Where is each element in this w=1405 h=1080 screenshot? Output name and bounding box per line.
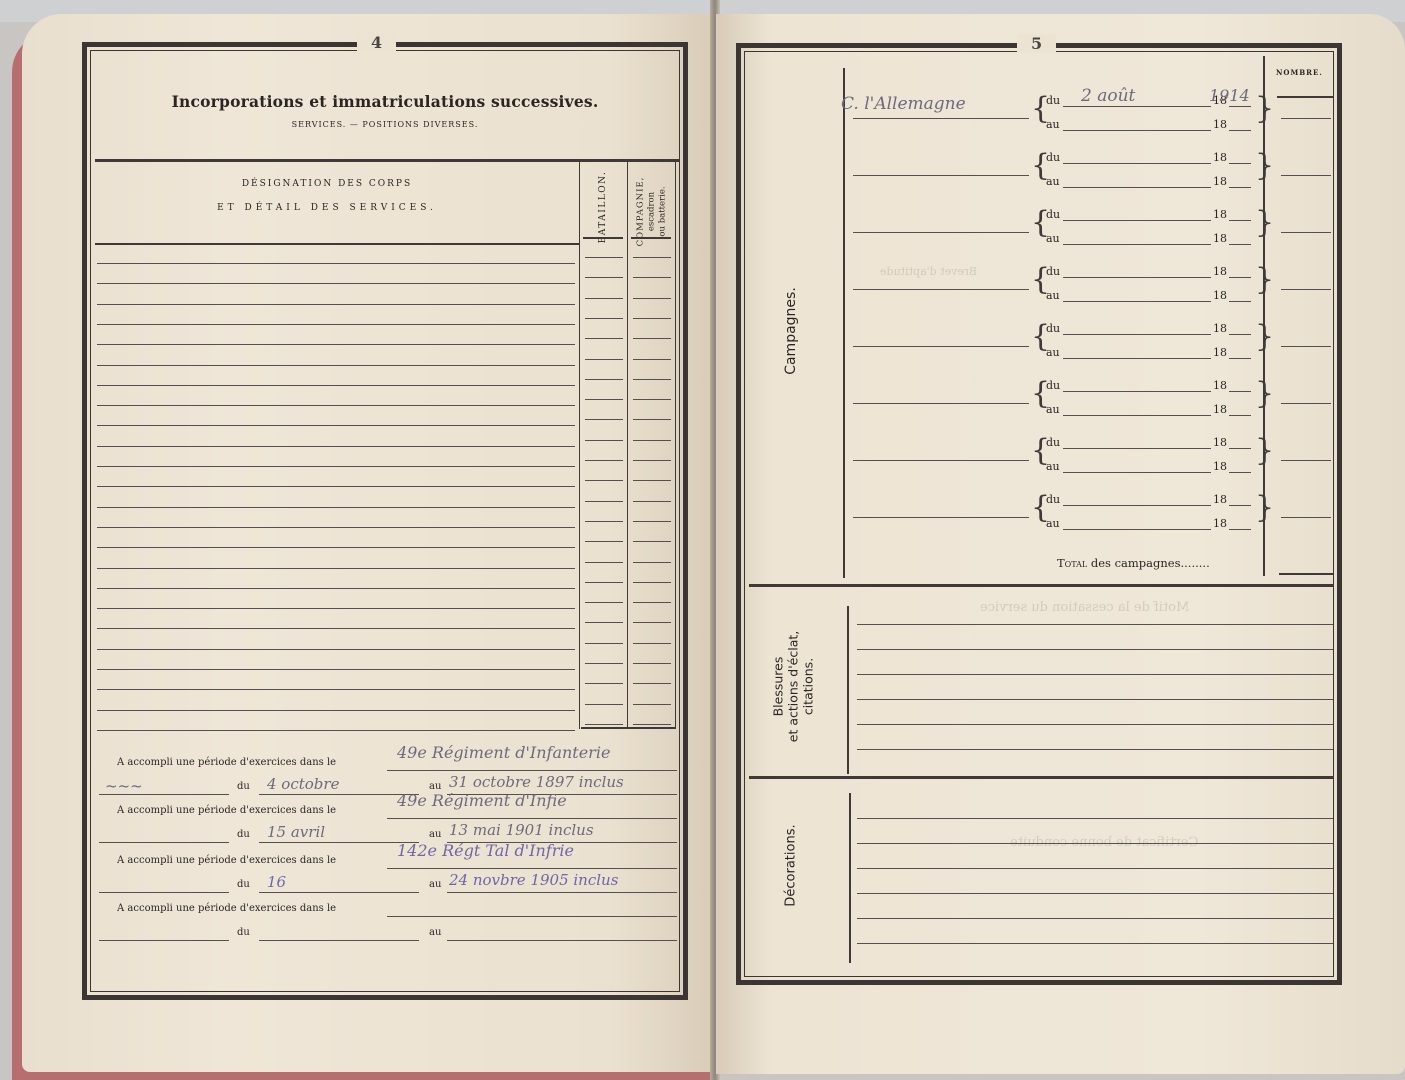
au-year-prefix: 18 bbox=[1213, 460, 1227, 473]
compagnie-line bbox=[633, 683, 671, 684]
left-brace: { bbox=[1031, 493, 1050, 523]
du-handwritten: 15 avril bbox=[267, 823, 325, 841]
au-year-line bbox=[1229, 529, 1251, 530]
blessures-line bbox=[857, 624, 1333, 625]
ruled-line bbox=[97, 547, 575, 548]
bataillon-line bbox=[585, 683, 623, 684]
blessures-label-line2: et actions d'éclat, bbox=[786, 607, 801, 767]
au-label: au bbox=[1046, 232, 1060, 245]
bataillon-line bbox=[585, 460, 623, 461]
au-label: au bbox=[429, 927, 441, 938]
compagnie-line bbox=[633, 298, 671, 299]
col-compagnie-line3: ou batterie. bbox=[658, 171, 669, 253]
compagnie-line bbox=[633, 643, 671, 644]
du-year-prefix: 18 bbox=[1213, 436, 1227, 449]
bataillon-line bbox=[585, 298, 623, 299]
decorations-line bbox=[857, 893, 1333, 894]
au-year-prefix: 18 bbox=[1213, 346, 1227, 359]
ruled-line bbox=[97, 507, 575, 508]
prefix-line bbox=[99, 794, 229, 795]
left-page-frame: 4 Incorporations et immatriculations suc… bbox=[82, 42, 688, 1000]
bataillon-line bbox=[585, 338, 623, 339]
ruled-line bbox=[97, 568, 575, 569]
blessures-label: Blessures et actions d'éclat, citations. bbox=[771, 607, 816, 767]
decorations-line bbox=[857, 943, 1333, 944]
right-brace: } bbox=[1255, 208, 1274, 238]
bataillon-line bbox=[585, 663, 623, 664]
bataillon-line bbox=[585, 277, 623, 278]
du-year-line bbox=[1229, 391, 1251, 392]
col-bataillon: BATAILLON. bbox=[598, 167, 608, 247]
col-divider-3 bbox=[675, 159, 676, 729]
bataillon-line bbox=[585, 480, 623, 481]
du-label: du bbox=[237, 879, 250, 890]
prefix-line bbox=[99, 940, 229, 941]
au-year-prefix: 18 bbox=[1213, 289, 1227, 302]
campaign-line bbox=[853, 517, 1029, 518]
au-year-prefix: 18 bbox=[1213, 232, 1227, 245]
au-year-prefix: 18 bbox=[1213, 175, 1227, 188]
au-handwritten: 31 octobre 1897 inclus bbox=[449, 773, 624, 791]
au-year-prefix: 18 bbox=[1213, 403, 1227, 416]
blessures-line bbox=[857, 749, 1333, 750]
unit-line bbox=[387, 770, 677, 771]
campaign-line bbox=[853, 118, 1029, 119]
ruled-line bbox=[97, 425, 575, 426]
du-line bbox=[259, 842, 419, 843]
du-label: du bbox=[237, 781, 250, 792]
du-line bbox=[1063, 277, 1211, 278]
au-line bbox=[1063, 415, 1211, 416]
au-label: au bbox=[1046, 175, 1060, 188]
prefix-line bbox=[99, 842, 229, 843]
ruled-line bbox=[97, 365, 575, 366]
au-line bbox=[1063, 529, 1211, 530]
campaign-line bbox=[853, 403, 1029, 404]
bataillon-line bbox=[585, 379, 623, 380]
du-year-line bbox=[1229, 277, 1251, 278]
nombre-line bbox=[1281, 517, 1331, 518]
left-page-title: Incorporations et immatriculations succe… bbox=[87, 92, 683, 111]
au-line bbox=[1063, 244, 1211, 245]
au-line bbox=[1063, 187, 1211, 188]
compagnie-line bbox=[633, 724, 671, 725]
compagnie-line bbox=[633, 419, 671, 420]
du-label: du bbox=[1046, 322, 1060, 335]
left-brace: { bbox=[1031, 94, 1050, 124]
ruled-line bbox=[97, 466, 575, 467]
unit-line bbox=[387, 818, 677, 819]
right-brace: } bbox=[1255, 436, 1274, 466]
au-line bbox=[1063, 358, 1211, 359]
ruled-line bbox=[97, 527, 575, 528]
col-designation-line2: ET DÉTAIL DES SERVICES. bbox=[177, 203, 477, 213]
col-designation-line1: DÉSIGNATION DES CORPS bbox=[177, 179, 477, 189]
au-label: au bbox=[1046, 346, 1060, 359]
au-label: au bbox=[429, 879, 441, 890]
du-label: du bbox=[1046, 265, 1060, 278]
total-label-rest: des campagnes........ bbox=[1087, 556, 1210, 570]
blessures-line bbox=[857, 674, 1333, 675]
compagnie-line bbox=[633, 277, 671, 278]
du-year-line bbox=[1229, 334, 1251, 335]
nombre-divider bbox=[1263, 56, 1265, 576]
au-year-line bbox=[1229, 130, 1251, 131]
campaign-line bbox=[853, 175, 1029, 176]
du-line bbox=[1063, 220, 1211, 221]
compagnie-line bbox=[633, 501, 671, 502]
unit-handwritten: 49e Régiment d'Infie bbox=[397, 791, 567, 810]
compagnie-line bbox=[633, 338, 671, 339]
total-campagnes: Total des campagnes........ bbox=[1057, 556, 1210, 570]
left-brace: { bbox=[1031, 208, 1050, 238]
du-line bbox=[1063, 448, 1211, 449]
exercise-label: A accompli une période d'exercices dans … bbox=[117, 805, 336, 816]
du-year-handwritten: 1914 bbox=[1209, 86, 1250, 105]
blessures-bottom-divider bbox=[749, 776, 1333, 779]
compagnie-line bbox=[633, 521, 671, 522]
au-year-prefix: 18 bbox=[1213, 517, 1227, 530]
du-label: du bbox=[1046, 94, 1060, 107]
du-year-prefix: 18 bbox=[1213, 94, 1227, 107]
bleed-through-text: Motif de la cessation du service bbox=[980, 600, 1189, 615]
du-label: du bbox=[1046, 493, 1060, 506]
nombre-line bbox=[1281, 289, 1331, 290]
ruled-line bbox=[97, 710, 575, 711]
exercise-label: A accompli une période d'exercices dans … bbox=[117, 903, 336, 914]
du-year-line bbox=[1229, 106, 1251, 107]
ruled-line bbox=[97, 304, 575, 305]
blessures-line bbox=[857, 699, 1333, 700]
unit-handwritten: 142e Régt Tal d'Infrie bbox=[397, 841, 574, 860]
campagnes-label-cell: Campagnes. bbox=[751, 58, 833, 573]
left-brace: { bbox=[1031, 151, 1050, 181]
du-label: du bbox=[237, 927, 250, 938]
ruled-line bbox=[97, 344, 575, 345]
au-label: au bbox=[429, 781, 441, 792]
du-label: du bbox=[1046, 208, 1060, 221]
au-label: au bbox=[1046, 517, 1060, 530]
au-line bbox=[447, 892, 677, 893]
right-brace: } bbox=[1255, 493, 1274, 523]
decorations-bracket bbox=[849, 793, 851, 963]
ruled-line bbox=[97, 588, 575, 589]
du-year-prefix: 18 bbox=[1213, 208, 1227, 221]
total-label: Total bbox=[1057, 556, 1087, 570]
compagnie-header-bottom bbox=[631, 237, 671, 239]
au-handwritten: 13 mai 1901 inclus bbox=[449, 821, 594, 839]
ruled-line bbox=[97, 385, 575, 386]
left-page-subtitle: SERVICES. — POSITIONS DIVERSES. bbox=[87, 120, 683, 129]
prefix-line bbox=[99, 892, 229, 893]
du-line bbox=[1063, 106, 1211, 107]
left-brace: { bbox=[1031, 379, 1050, 409]
compagnie-line bbox=[633, 318, 671, 319]
au-line bbox=[447, 940, 677, 941]
unit-line bbox=[387, 868, 677, 869]
du-handwritten: 16 bbox=[267, 873, 286, 891]
compagnie-line bbox=[633, 663, 671, 664]
bataillon-line bbox=[585, 419, 623, 420]
du-line bbox=[1063, 334, 1211, 335]
au-line bbox=[1063, 472, 1211, 473]
ruled-line bbox=[97, 446, 575, 447]
bataillon-line bbox=[585, 318, 623, 319]
nombre-line bbox=[1281, 403, 1331, 404]
compagnie-line bbox=[633, 622, 671, 623]
decorations-line bbox=[857, 918, 1333, 919]
bataillon-line bbox=[585, 257, 623, 258]
bataillon-line bbox=[585, 622, 623, 623]
campagnes-bottom-divider bbox=[749, 584, 1333, 587]
left-brace: { bbox=[1031, 322, 1050, 352]
du-line bbox=[1063, 163, 1211, 164]
unit-line bbox=[387, 916, 677, 917]
ruled-line bbox=[97, 608, 575, 609]
nombre-line bbox=[1281, 118, 1331, 119]
compagnie-line bbox=[633, 541, 671, 542]
campaign-line bbox=[853, 346, 1029, 347]
prefix-handwritten: ~~~ bbox=[105, 777, 143, 795]
ruled-line bbox=[97, 486, 575, 487]
compagnie-line bbox=[633, 562, 671, 563]
right-brace: } bbox=[1255, 322, 1274, 352]
compagnie-line bbox=[633, 257, 671, 258]
du-year-line bbox=[1229, 448, 1251, 449]
du-line bbox=[1063, 505, 1211, 506]
au-label: au bbox=[1046, 289, 1060, 302]
bataillon-header-bottom bbox=[583, 237, 623, 239]
nombre-line bbox=[1281, 232, 1331, 233]
du-line bbox=[259, 892, 419, 893]
compagnie-line bbox=[633, 359, 671, 360]
compagnie-line bbox=[633, 460, 671, 461]
col-compagnie-line1: COMPAGNIE, bbox=[636, 171, 647, 253]
ruled-line bbox=[97, 283, 575, 284]
left-brace: { bbox=[1031, 265, 1050, 295]
unit-handwritten: 49e Régiment d'Infanterie bbox=[397, 743, 610, 762]
bleed-through-text: Brevet d'aptitude bbox=[880, 265, 977, 278]
bataillon-line bbox=[585, 399, 623, 400]
ruled-line bbox=[97, 649, 575, 650]
ruled-line bbox=[97, 669, 575, 670]
au-label: au bbox=[1046, 460, 1060, 473]
right-brace: } bbox=[1255, 151, 1274, 181]
campaign-line bbox=[853, 232, 1029, 233]
au-year-line bbox=[1229, 472, 1251, 473]
compagnie-line bbox=[633, 704, 671, 705]
page-number-right: 5 bbox=[1017, 34, 1056, 53]
bataillon-line bbox=[585, 582, 623, 583]
compagnie-line bbox=[633, 399, 671, 400]
bataillon-line bbox=[585, 643, 623, 644]
du-year-prefix: 18 bbox=[1213, 322, 1227, 335]
nombre-underline bbox=[1277, 96, 1333, 98]
au-label: au bbox=[1046, 403, 1060, 416]
page-number-left: 4 bbox=[357, 33, 396, 52]
exercise-label: A accompli une période d'exercices dans … bbox=[117, 855, 336, 866]
du-handwritten: 4 octobre bbox=[267, 775, 339, 793]
au-line bbox=[1063, 130, 1211, 131]
du-year-prefix: 18 bbox=[1213, 379, 1227, 392]
bataillon-line bbox=[585, 562, 623, 563]
au-year-prefix: 18 bbox=[1213, 118, 1227, 131]
left-brace: { bbox=[1031, 436, 1050, 466]
table-bottom bbox=[581, 727, 675, 729]
bataillon-line bbox=[585, 521, 623, 522]
au-line bbox=[447, 842, 677, 843]
col-divider-1 bbox=[579, 159, 580, 729]
decorations-line bbox=[857, 868, 1333, 869]
campagnes-label: Campagnes. bbox=[783, 271, 799, 391]
du-line bbox=[259, 940, 419, 941]
au-year-line bbox=[1229, 187, 1251, 188]
du-year-prefix: 18 bbox=[1213, 265, 1227, 278]
ruled-line bbox=[97, 263, 575, 264]
au-year-line bbox=[1229, 358, 1251, 359]
du-line bbox=[259, 794, 419, 795]
au-line bbox=[447, 794, 677, 795]
campaign-handwritten: C. l'Allemagne bbox=[841, 94, 966, 114]
exercise-label: A accompli une période d'exercices dans … bbox=[117, 757, 336, 768]
du-year-prefix: 18 bbox=[1213, 151, 1227, 164]
du-label: du bbox=[1046, 379, 1060, 392]
total-value-line bbox=[1279, 573, 1333, 575]
du-handwritten: 2 août bbox=[1081, 86, 1135, 106]
nombre-header: NOMBRE. bbox=[1276, 68, 1323, 77]
bataillon-line bbox=[585, 359, 623, 360]
bataillon-line bbox=[585, 704, 623, 705]
decorations-line bbox=[857, 818, 1333, 819]
bataillon-line bbox=[585, 602, 623, 603]
ruled-line bbox=[97, 628, 575, 629]
nombre-line bbox=[1281, 460, 1331, 461]
bataillon-line bbox=[585, 724, 623, 725]
nombre-line bbox=[1281, 175, 1331, 176]
du-label: du bbox=[237, 829, 250, 840]
du-year-line bbox=[1229, 220, 1251, 221]
ruled-line bbox=[97, 405, 575, 406]
col-compagnie-line2: escadron bbox=[647, 171, 658, 253]
du-year-line bbox=[1229, 163, 1251, 164]
au-year-line bbox=[1229, 301, 1251, 302]
compagnie-line bbox=[633, 602, 671, 603]
blessures-label-line1: Blessures bbox=[771, 607, 786, 767]
du-line bbox=[1063, 391, 1211, 392]
au-handwritten: 24 novbre 1905 inclus bbox=[449, 871, 618, 889]
bataillon-line bbox=[585, 541, 623, 542]
header-divider bbox=[95, 159, 679, 162]
du-label: du bbox=[1046, 436, 1060, 449]
du-year-prefix: 18 bbox=[1213, 493, 1227, 506]
ruled-line bbox=[97, 689, 575, 690]
compagnie-line bbox=[633, 582, 671, 583]
au-label: au bbox=[1046, 118, 1060, 131]
compagnie-line bbox=[633, 379, 671, 380]
au-year-line bbox=[1229, 415, 1251, 416]
bataillon-line bbox=[585, 501, 623, 502]
col-compagnie: COMPAGNIE, escadron ou batterie. bbox=[636, 171, 669, 253]
ruled-line bbox=[97, 324, 575, 325]
bleed-through-text: Certificat de bonne conduite bbox=[1010, 835, 1198, 850]
du-label: du bbox=[1046, 151, 1060, 164]
nombre-line bbox=[1281, 346, 1331, 347]
right-brace: } bbox=[1255, 379, 1274, 409]
right-brace: } bbox=[1255, 265, 1274, 295]
col-divider-2 bbox=[627, 159, 628, 729]
table-header-bottom bbox=[95, 243, 579, 245]
compagnie-line bbox=[633, 440, 671, 441]
du-year-line bbox=[1229, 505, 1251, 506]
blessures-line bbox=[857, 649, 1333, 650]
compagnie-line bbox=[633, 480, 671, 481]
ruled-line bbox=[97, 730, 575, 731]
au-line bbox=[1063, 301, 1211, 302]
au-year-line bbox=[1229, 244, 1251, 245]
decorations-label: Décorations. bbox=[784, 806, 799, 926]
blessures-label-line3: citations. bbox=[801, 607, 816, 767]
blessures-bracket bbox=[847, 606, 849, 774]
campagnes-bracket bbox=[843, 68, 845, 578]
campaign-line bbox=[853, 460, 1029, 461]
bataillon-line bbox=[585, 440, 623, 441]
campaign-line bbox=[853, 289, 1029, 290]
au-label: au bbox=[429, 829, 441, 840]
blessures-line bbox=[857, 724, 1333, 725]
right-brace: } bbox=[1255, 94, 1274, 124]
